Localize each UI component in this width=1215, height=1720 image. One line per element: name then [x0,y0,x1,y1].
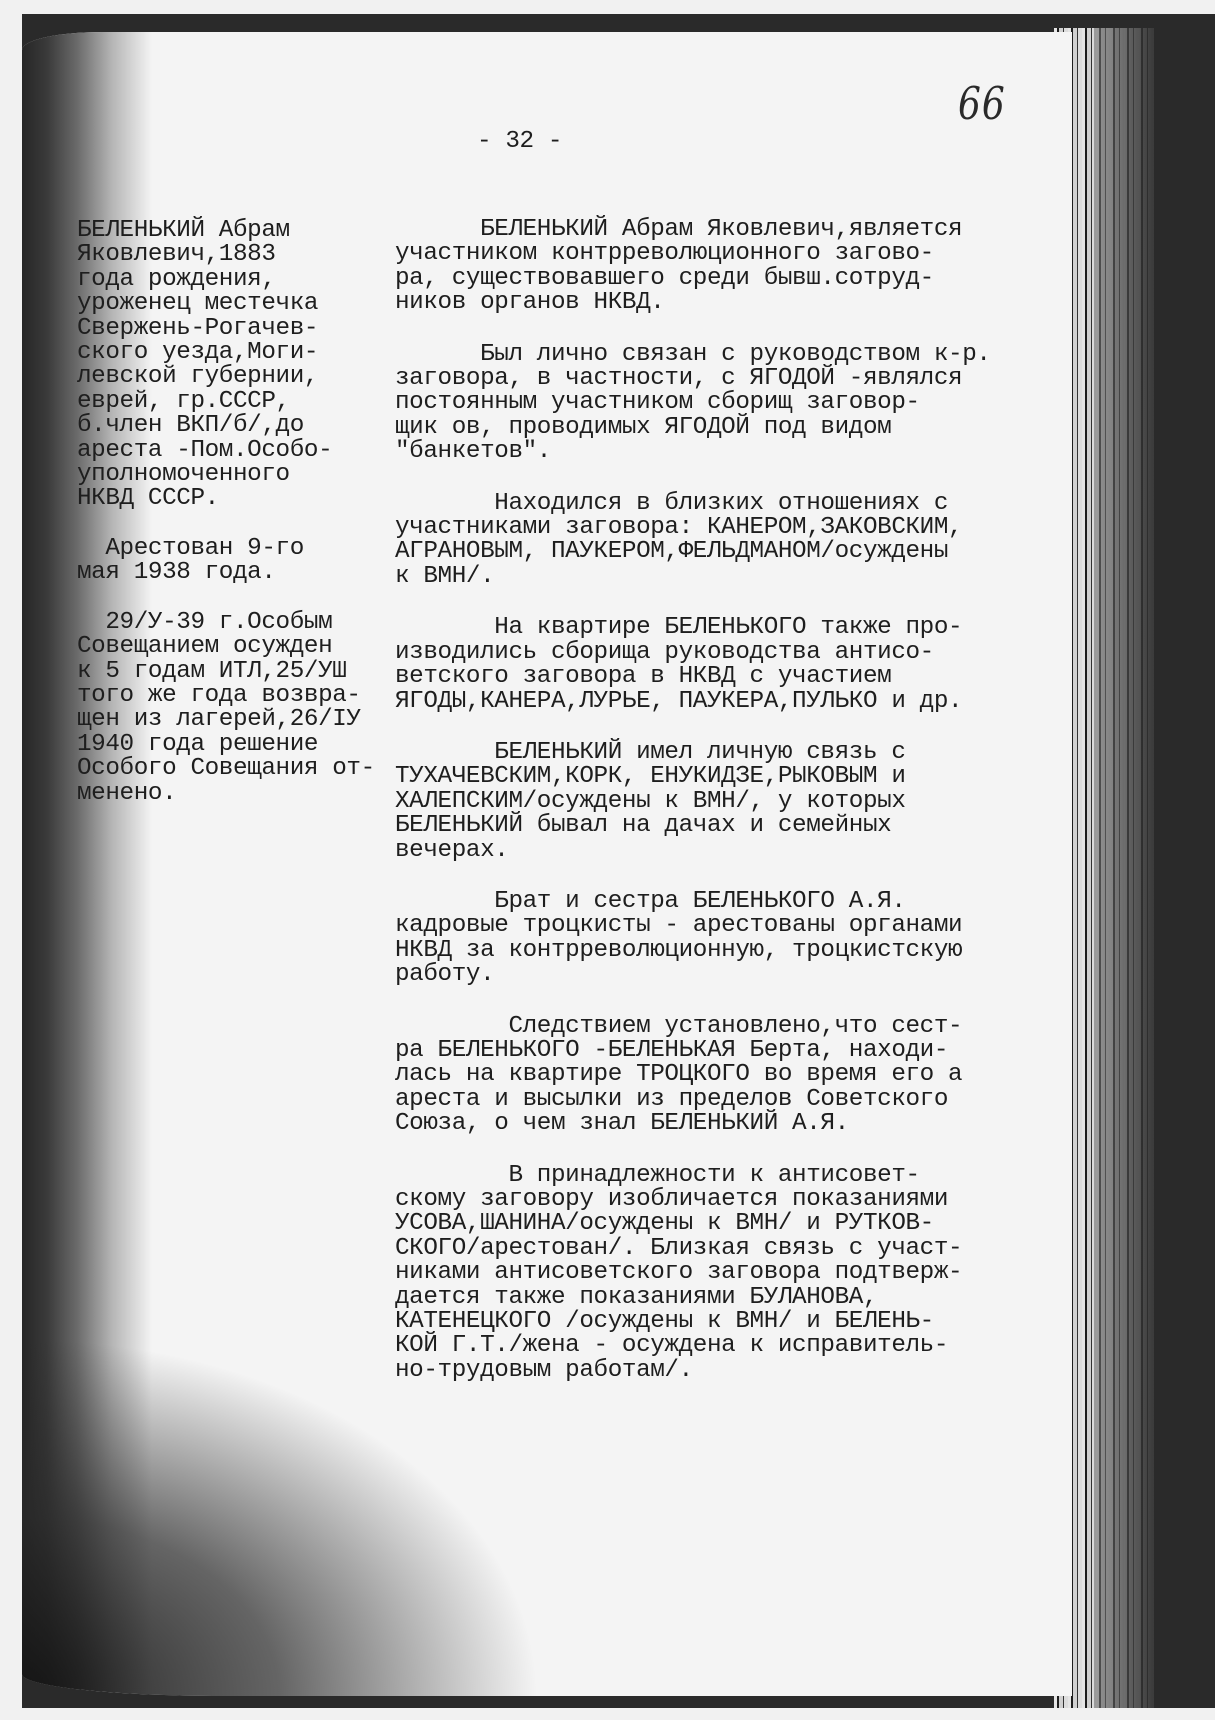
text-line: 1940 года решение [77,733,375,757]
text-line: ХАЛЕПСКИМ/осуждены к ВМН/, у которых [395,790,991,814]
text-line: ветского заговора в НКВД с участием [395,665,991,689]
paragraph: На квартире БЕЛЕНЬКОГО также про-изводил… [395,616,991,714]
text-line: Арестован 9-го [77,537,375,561]
text-line: но-трудовым работам/. [395,1359,991,1383]
page-number: - 32 - [477,130,562,154]
text-line: вечерах. [395,839,991,863]
text-line: менено. [77,782,375,806]
text-line: ра, существовавшего среди бывш.сотруд- [395,267,991,291]
text-line: СКОГО/арестован/. Близкая связь с участ- [395,1237,991,1261]
text-line: щен из лагерей,26/IУ [77,708,375,732]
text-line: КОЙ Г.Т./жена - осуждена к исправитель- [395,1334,991,1358]
text-line: ра БЕЛЕНЬКОГО -БЕЛЕНЬКАЯ Берта, находи- [395,1039,991,1063]
text-line: "банкетов". [395,440,991,464]
text-line: участниками заговора: КАНЕРОМ,ЗАКОВСКИМ, [395,516,991,540]
paragraph: Следствием установлено,что сест-ра БЕЛЕН… [395,1015,991,1137]
text-line: к ВМН/. [395,565,991,589]
margin-note-block: 29/У-39 г.ОсобымСовещанием осужденк 5 го… [77,611,375,806]
text-line: Находился в близких отношениях с [395,492,991,516]
text-line: Свержень-Рогачев- [77,317,375,341]
text-line: дается также показаниями БУЛАНОВА, [395,1286,991,1310]
text-line: БЕЛЕНЬКИЙ имел личную связь с [395,741,991,765]
text-line: Совещанием осужден [77,635,375,659]
text-line: На квартире БЕЛЕНЬКОГО также про- [395,616,991,640]
folio-number: 66 [958,79,1006,130]
text-line: ТУХАЧЕВСКИМ,КОРК, ЕНУКИДЗЕ,РЫКОВЫМ и [395,765,991,789]
text-line: Яковлевич,1883 [77,243,375,267]
text-line: НКВД за контрреволюционную, троцкистскую [395,939,991,963]
text-line: еврей, гр.СССР, [77,390,375,414]
text-line: скому заговору изобличается показаниями [395,1188,991,1212]
text-line: ареста и высылки из пределов Советского [395,1088,991,1112]
text-line: к 5 годам ИТЛ,25/УШ [77,660,375,684]
text-line: уполномоченного [77,463,375,487]
text-line: ЯГОДЫ,КАНЕРА,ЛУРЬЕ, ПАУКЕРА,ПУЛЬКО и др. [395,690,991,714]
text-line: изводились сборища руководства антисо- [395,641,991,665]
main-text: БЕЛЕНЬКИЙ Абрам Яковлевич,являетсяучастн… [395,218,991,1410]
paragraph: Находился в близких отношениях сучастник… [395,492,991,590]
text-line: БЕЛЕНЬКИЙ бывал на дачах и семейных [395,814,991,838]
text-line: уроженец местечка [77,292,375,316]
text-line: левской губернии, [77,365,375,389]
paragraph: БЕЛЕНЬКИЙ Абрам Яковлевич,являетсяучастн… [395,218,991,316]
text-line: заговора, в частности, с ЯГОДОЙ -являлся [395,367,991,391]
text-line: лась на квартире ТРОЦКОГО во время его а [395,1063,991,1087]
margin-note-block: Арестован 9-гомая 1938 года. [77,537,375,586]
paragraph: В принадлежности к антисовет-скому загов… [395,1164,991,1384]
text-line: работу. [395,963,991,987]
text-line: того же года возвра- [77,684,375,708]
text-line: НКВД СССР. [77,487,375,511]
text-line: БЕЛЕНЬКИЙ Абрам Яковлевич,является [395,218,991,242]
text-line: Особого Совещания от- [77,757,375,781]
paragraph: Был лично связан с руководством к-р.заго… [395,343,991,465]
text-line: мая 1938 года. [77,561,375,585]
paragraph: БЕЛЕНЬКИЙ имел личную связь сТУХАЧЕВСКИМ… [395,741,991,863]
paragraph: Брат и сестра БЕЛЕНЬКОГО А.Я.кадровые тр… [395,890,991,988]
text-line: ского уезда,Моги- [77,341,375,365]
text-line: года рождения, [77,268,375,292]
text-line: щик ов, проводимых ЯГОДОЙ под видом [395,416,991,440]
text-line: кадровые троцкисты - арестованы органами [395,914,991,938]
text-line: БЕЛЕНЬКИЙ Абрам [77,219,375,243]
text-line: КАТЕНЕЦКОГО /осуждены к ВМН/ и БЕЛЕНЬ- [395,1310,991,1334]
scanned-document: 66 - 32 - БЕЛЕНЬКИЙ АбрамЯковлевич,1883г… [22,14,1215,1708]
text-line: никами антисоветского заговора подтверж- [395,1261,991,1285]
text-line: участником контрреволюционного загово- [395,242,991,266]
text-line: Союза, о чем знал БЕЛЕНЬКИЙ А.Я. [395,1112,991,1136]
text-line: УСОВА,ШАНИНА/осуждены к ВМН/ и РУТКОВ- [395,1212,991,1236]
margin-note-block: БЕЛЕНЬКИЙ АбрамЯковлевич,1883года рожден… [77,219,375,512]
text-line: постоянным участником сборищ заговор- [395,391,991,415]
text-line: ареста -Пом.Особо- [77,439,375,463]
text-line: В принадлежности к антисовет- [395,1164,991,1188]
margin-note: БЕЛЕНЬКИЙ АбрамЯковлевич,1883года рожден… [77,219,375,831]
text-line: ников органов НКВД. [395,291,991,315]
document-page: 66 - 32 - БЕЛЕНЬКИЙ АбрамЯковлевич,1883г… [22,32,1072,1696]
text-line: Брат и сестра БЕЛЕНЬКОГО А.Я. [395,890,991,914]
text-line: 29/У-39 г.Особым [77,611,375,635]
text-line: АГРАНОВЫМ, ПАУКЕРОМ,ФЕЛЬДМАНОМ/осуждены [395,540,991,564]
text-line: Следствием установлено,что сест- [395,1015,991,1039]
text-line: Был лично связан с руководством к-р. [395,343,991,367]
text-line: б.член ВКП/б/,до [77,414,375,438]
